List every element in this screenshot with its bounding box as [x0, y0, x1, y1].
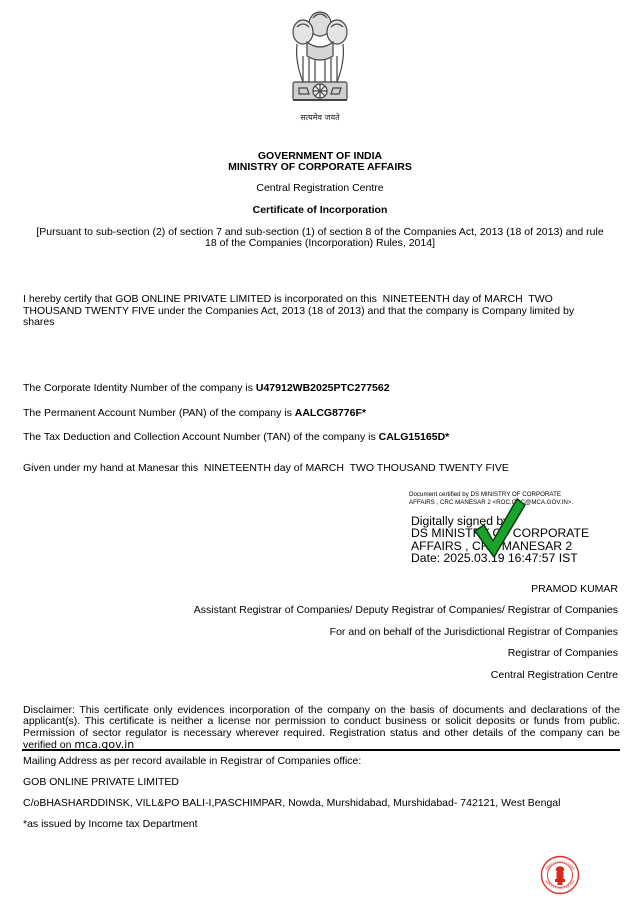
- signature-valid-checkmark-icon: [473, 497, 527, 559]
- mca-seal: [540, 855, 580, 895]
- mca-seal-icon: [540, 855, 580, 895]
- ministry-heading: MINISTRY OF CORPORATE AFFAIRS: [0, 161, 640, 173]
- pan-label: The Permanent Account Number (PAN) of th…: [23, 407, 295, 419]
- national-emblem: सत्यमेव जयते: [285, 2, 355, 126]
- cin-value: U47912WB2025PTC277562: [256, 382, 390, 394]
- mailing-heading: Mailing Address as per record available …: [23, 755, 361, 767]
- disclaimer-text: Disclaimer: This certificate only eviden…: [23, 705, 620, 739]
- tan-statement: The Tax Deduction and Collection Account…: [23, 431, 449, 443]
- registration-centre-heading: Central Registration Centre: [0, 182, 640, 194]
- income-tax-footnote: *as issued by Income tax Department: [23, 818, 198, 830]
- signatory-office: Registrar of Companies: [508, 647, 618, 659]
- certification-line-3: shares: [23, 317, 620, 329]
- disclaimer: Disclaimer: This certificate only eviden…: [23, 705, 620, 752]
- certification-line-2: THOUSAND TWENTY FIVE under the Companies…: [23, 306, 620, 318]
- signature-valid-checkmark: [473, 497, 527, 559]
- cin-statement: The Corporate Identity Number of the com…: [23, 382, 390, 394]
- signatory-designation: Assistant Registrar of Companies/ Deputy…: [194, 604, 618, 616]
- certification-line-1: I hereby certify that GOB ONLINE PRIVATE…: [23, 294, 620, 306]
- section-divider: [22, 749, 620, 751]
- mailing-company-name: GOB ONLINE PRIVATE LIMITED: [23, 776, 179, 788]
- tan-label: The Tax Deduction and Collection Account…: [23, 431, 379, 443]
- tan-value: CALG15165D*: [379, 431, 450, 443]
- pan-statement: The Permanent Account Number (PAN) of th…: [23, 407, 366, 419]
- cin-label: The Corporate Identity Number of the com…: [23, 382, 256, 394]
- given-under-statement: Given under my hand at Manesar this NINE…: [23, 462, 509, 474]
- pan-value: AALCG8776F*: [295, 407, 366, 419]
- certificate-title: Certificate of Incorporation: [0, 204, 640, 216]
- certification-paragraph: I hereby certify that GOB ONLINE PRIVATE…: [23, 294, 620, 329]
- signatory-name: PRAMOD KUMAR: [531, 583, 618, 595]
- emblem-motto: सत्यमेव जयते: [277, 112, 363, 123]
- national-emblem-icon: [285, 2, 355, 114]
- pursuant-line-2: 18 of the Companies (Incorporation) Rule…: [0, 237, 640, 249]
- signatory-behalf: For and on behalf of the Jurisdictional …: [330, 626, 618, 638]
- signatory-centre: Central Registration Centre: [491, 669, 618, 681]
- mailing-address: C/oBHASHARDDINSK, VILL&PO BALI-I,PASCHIM…: [23, 797, 560, 809]
